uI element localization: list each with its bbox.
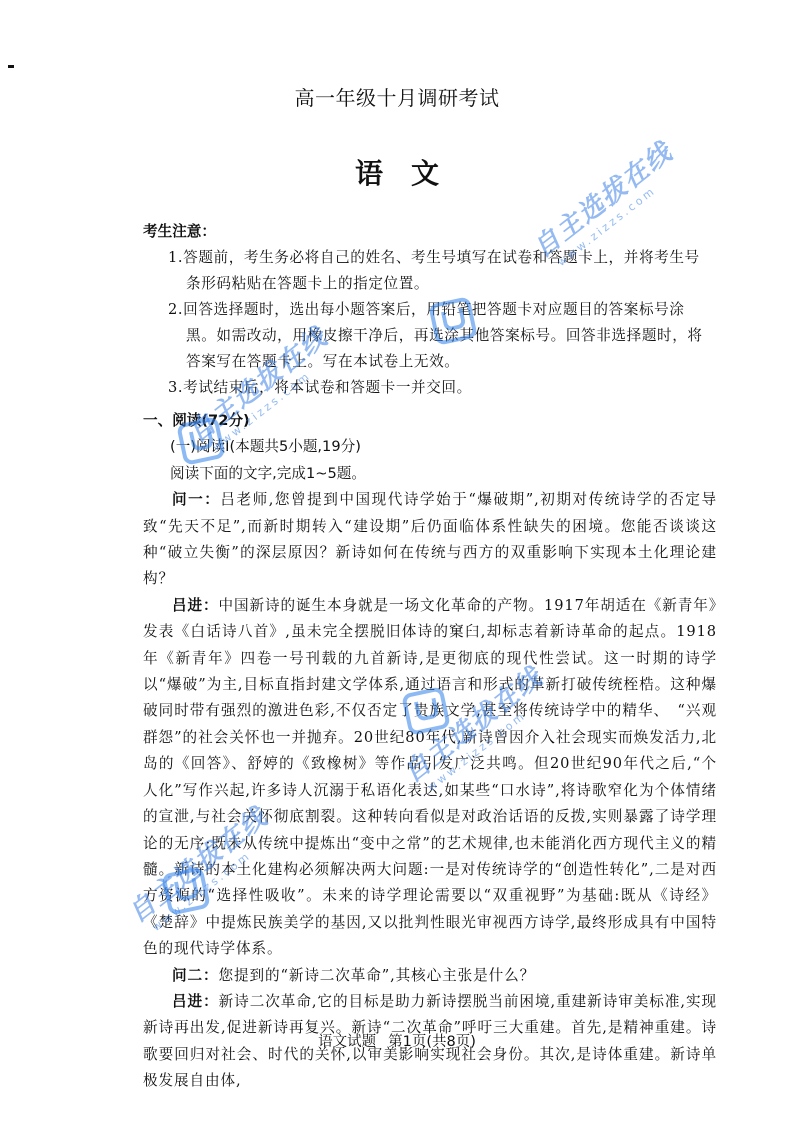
interview-paragraph-a1: 吕进：中国新诗的诞生本身就是一场文化革命的产物。1917年胡适在《新青年》发表《… xyxy=(143,593,717,963)
notice-item-2: 2.回答选择题时，选出每小题答案后，用铅笔把答题卡对应题目的答案标号涂黑。如需改… xyxy=(138,297,713,375)
footer-page-number: 第1页(共8页) xyxy=(388,1034,476,1050)
paragraph-text: 您提到的“新诗二次革命”,其核心主张是什么？ xyxy=(218,967,535,984)
speaker-label: 问一： xyxy=(172,491,220,508)
paragraph-text: 中国新诗的诞生本身就是一场文化革命的产物。1917年胡适在《新青年》发表《白话诗… xyxy=(143,597,717,957)
interview-paragraph-q2: 问二：您提到的“新诗二次革命”,其核心主张是什么？ xyxy=(143,963,717,989)
section-subheading: (一)阅读Ⅰ(本题共5小题,19分) xyxy=(143,434,717,460)
footer-subject: 语文试题 xyxy=(318,1034,376,1050)
notice-item-1: 1.答题前，考生务必将自己的姓名、考生号填写在试卷和答题卡上，并将考生号条形码粘… xyxy=(138,245,713,297)
scan-mark xyxy=(8,65,14,68)
interview-paragraph-q1: 问一：吕老师,您曾提到中国现代诗学始于“爆破期”,初期对传统诗学的否定导致“先天… xyxy=(143,487,717,593)
reading-section: 一、阅读(72分) (一)阅读Ⅰ(本题共5小题,19分) 阅读下面的文字,完成1… xyxy=(143,408,717,1095)
speaker-label: 吕进： xyxy=(172,993,219,1010)
section-instruction: 阅读下面的文字,完成1~5题。 xyxy=(143,461,717,487)
subject-title: 语文 xyxy=(0,152,794,192)
exam-title: 高一年级十月调研考试 xyxy=(0,82,794,111)
speaker-label: 吕进： xyxy=(172,597,219,614)
notice-item-3: 3.考试结束后，将本试卷和答题卡一并交回。 xyxy=(138,375,713,401)
page-footer: 语文试题第1页(共8页) xyxy=(0,1030,794,1051)
notice-heading: 考生注意： xyxy=(143,219,713,245)
exam-notice: 考生注意： 1.答题前，考生务必将自己的姓名、考生号填写在试卷和答题卡上，并将考… xyxy=(143,219,713,401)
section-heading: 一、阅读(72分) xyxy=(143,408,717,434)
paragraph-text: 吕老师,您曾提到中国现代诗学始于“爆破期”,初期对传统诗学的否定导致“先天不足”… xyxy=(143,491,717,587)
speaker-label: 问二： xyxy=(172,967,218,984)
